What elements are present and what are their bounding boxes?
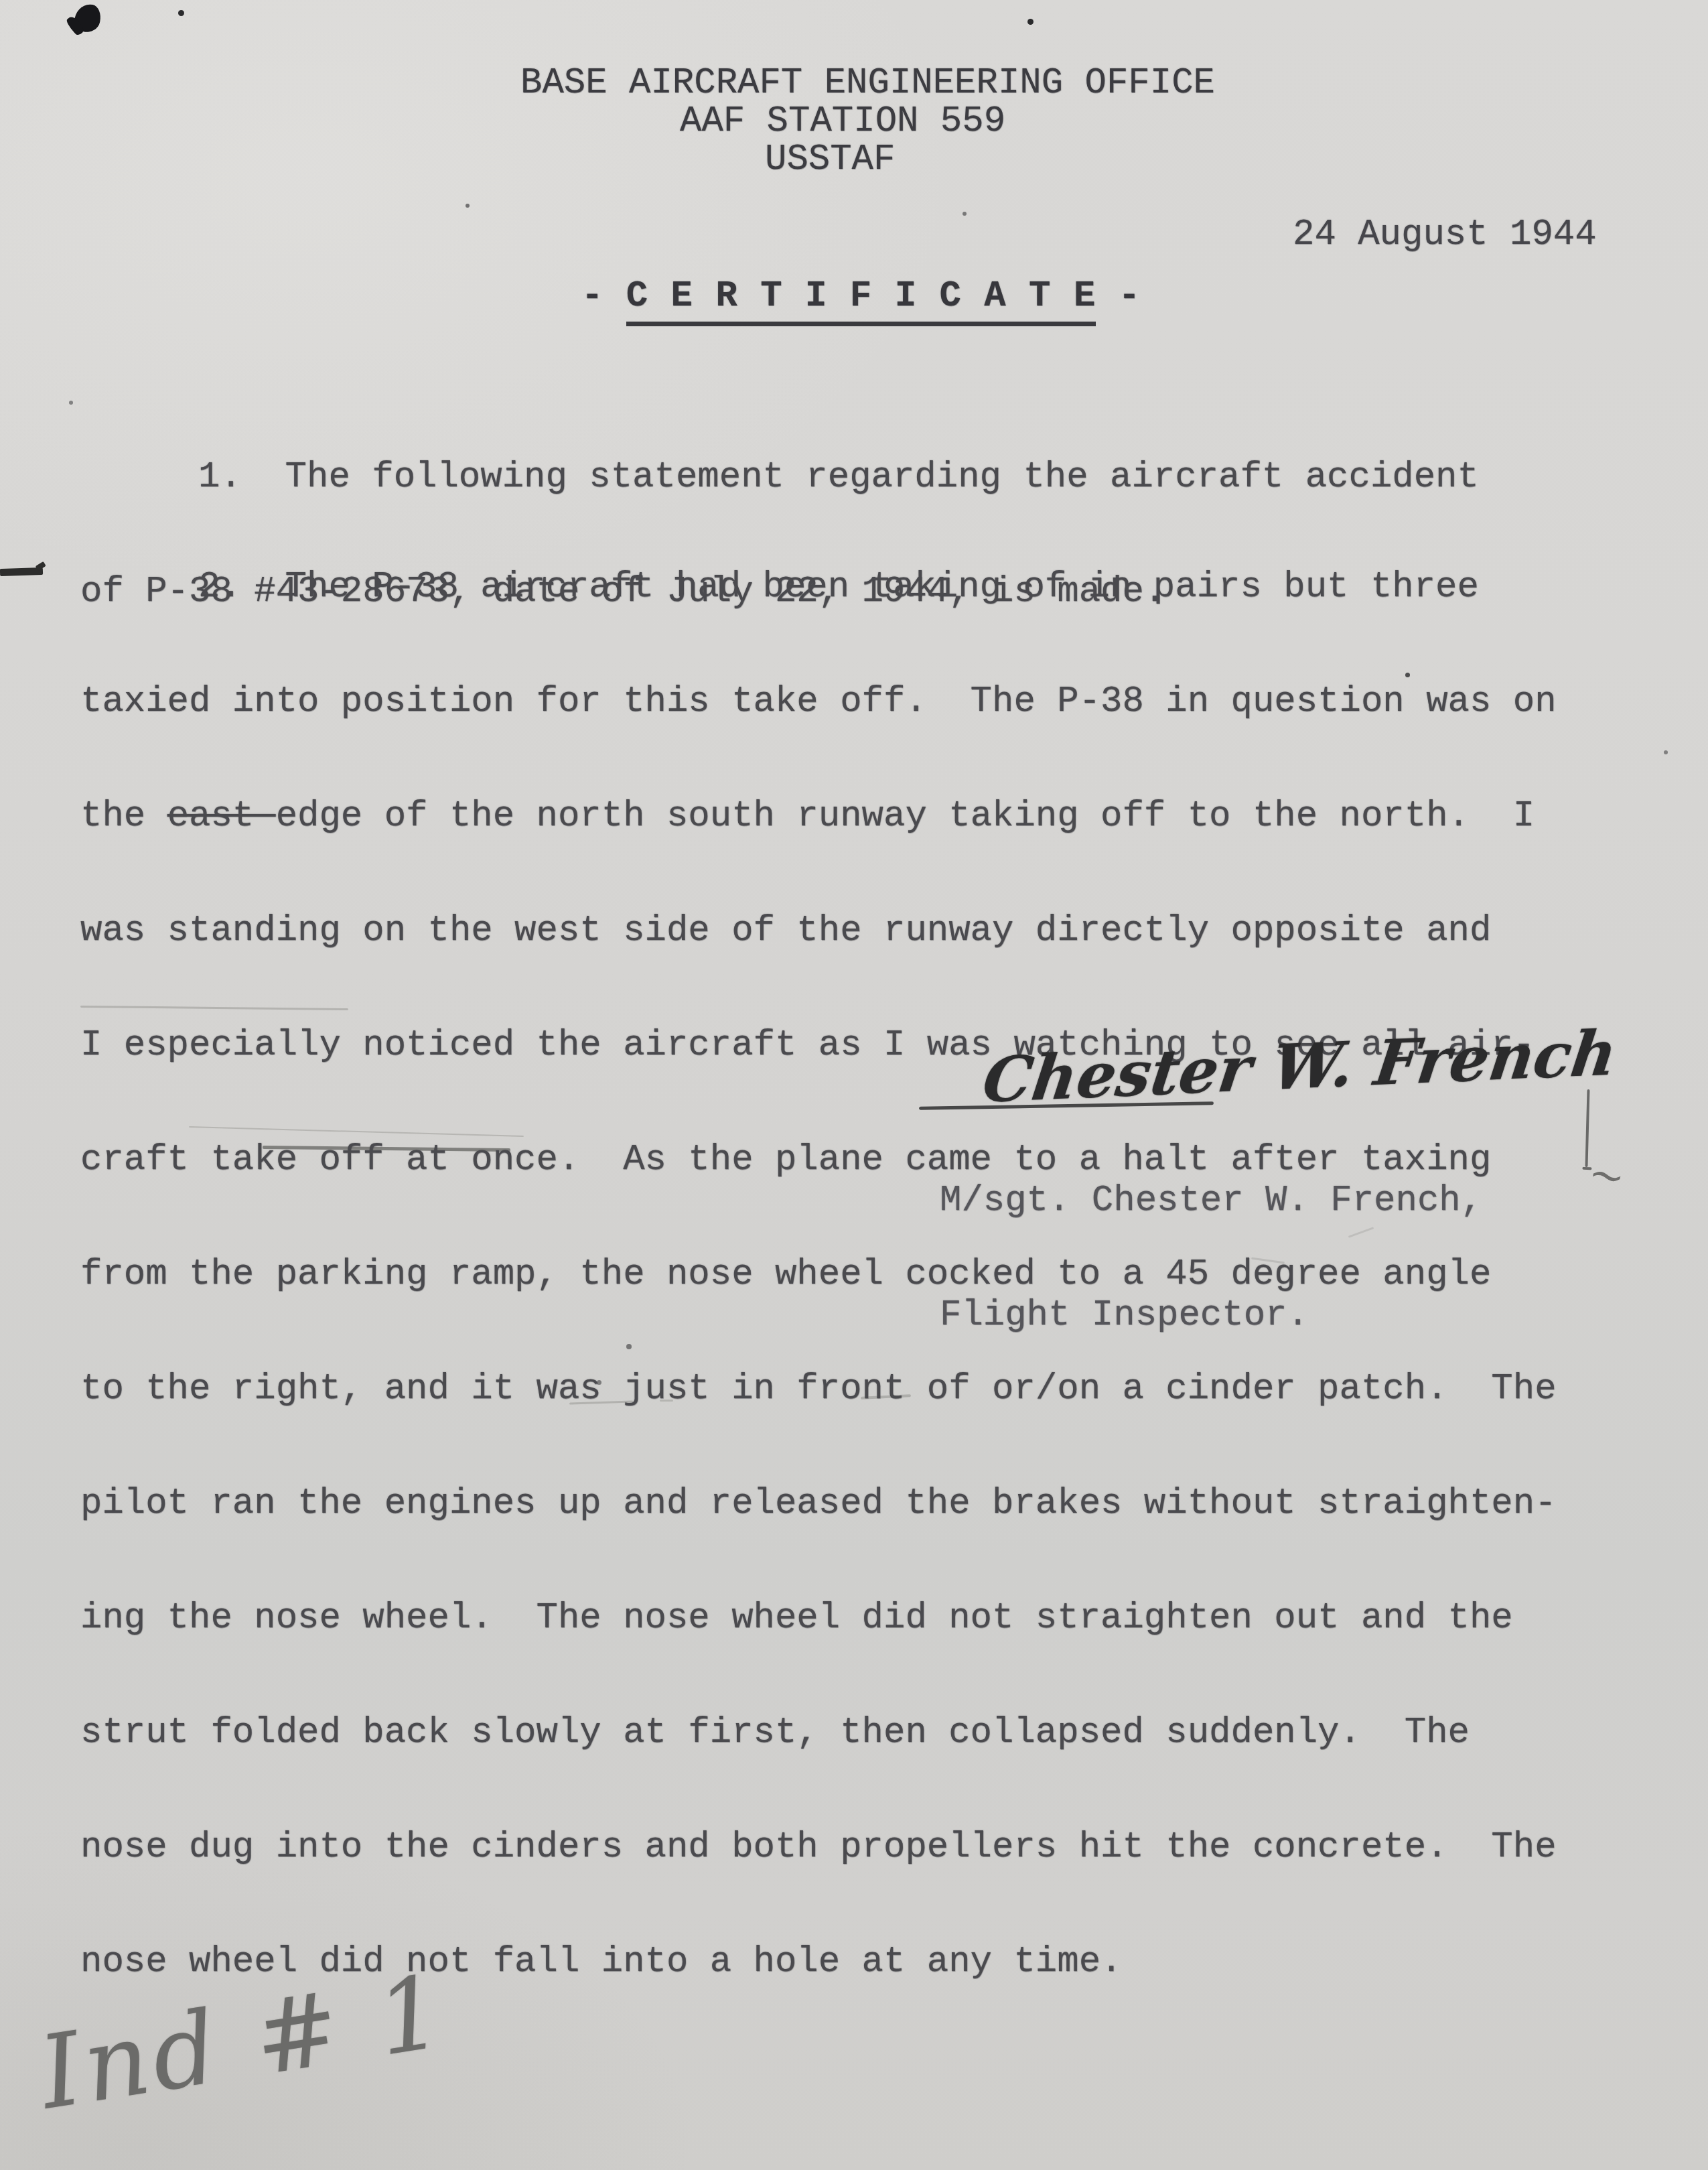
command-name: USSTAF [765, 141, 895, 179]
title-dash-left: - [581, 276, 626, 317]
title-dash-right: - [1096, 276, 1141, 317]
typed-line: strut folded back slowly at first, then … [80, 1714, 1557, 1752]
document-date: 24 August 1944 [1293, 216, 1597, 254]
station-name: AAF STATION 559 [680, 103, 1005, 141]
paper-speck [69, 401, 73, 405]
signature-typed-block: M/sgt. Chester W. French, Flight Inspect… [940, 1105, 1482, 1411]
paper-speck [178, 10, 184, 16]
typed-line: nose dug into the cinders and both prope… [80, 1828, 1557, 1867]
typed-line: pilot ran the engines up and released th… [80, 1485, 1557, 1523]
paper-speck [963, 212, 967, 216]
typed-line: taxied into position for this take off. … [80, 683, 1557, 721]
ink-blot-mark [72, 2, 103, 35]
typed-line: ing the nose wheel. The nose wheel did n… [80, 1599, 1557, 1637]
typed-line: was standing on the west side of the run… [80, 912, 1557, 950]
typed-text: the [80, 796, 167, 837]
paper-speck [1027, 19, 1034, 25]
typed-line: the east edge of the north south runway … [80, 797, 1557, 835]
strikethrough-word: east [167, 796, 276, 837]
scanned-document-page: ~ BASE AIRCRAFT ENGINEERING OFFICE AAF S… [0, 0, 1708, 2170]
signature-typed-name: M/sgt. Chester W. French, [940, 1182, 1482, 1220]
typed-line: 2. The P-38 aircraft had been taking of … [80, 568, 1557, 606]
pencil-squiggle-mark: ~ [1583, 1148, 1630, 1205]
typed-line: 1. The following statement regarding the… [80, 458, 1479, 496]
title-letters: C E R T I F I C A T E [626, 277, 1096, 326]
certificate-title: - C E R T I F I C A T E - [581, 277, 1141, 326]
signature-typed-title: Flight Inspector. [940, 1296, 1482, 1335]
pencil-vertical-mark [1585, 1089, 1589, 1167]
office-name: BASE AIRCRAFT ENGINEERING OFFICE [520, 64, 1215, 103]
paper-speck [1664, 750, 1668, 754]
margin-dash-mark [0, 567, 43, 576]
ink-blot-tail [64, 15, 86, 37]
paper-speck [466, 204, 470, 208]
typed-text: edge of the north south runway taking of… [276, 796, 1535, 837]
